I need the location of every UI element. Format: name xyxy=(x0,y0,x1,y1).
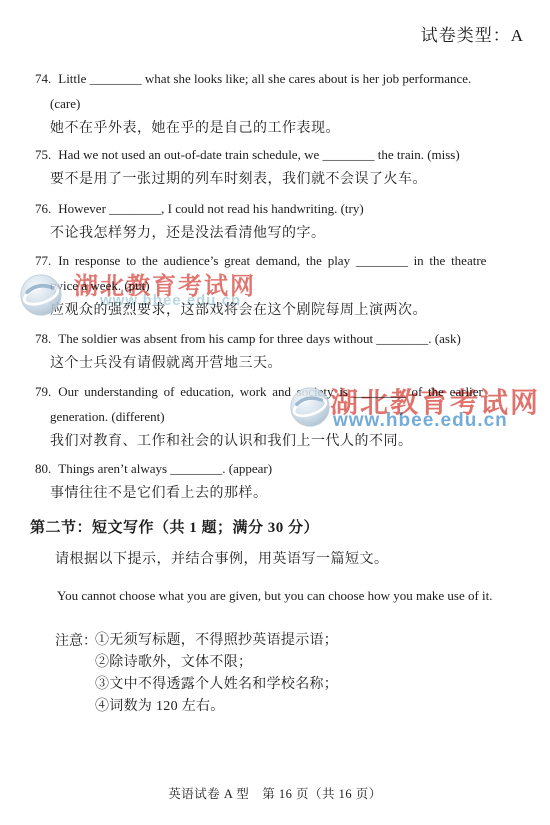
question-79-number: 79. xyxy=(35,379,51,404)
question-77: 77.In response to the audience’s great d… xyxy=(35,248,523,323)
question-79-english-line: 79.Our understanding of education, work … xyxy=(35,379,523,404)
question-80-number: 80. xyxy=(35,456,51,481)
question-78: 78.The soldier was absent from his camp … xyxy=(35,326,523,376)
question-76-chinese: 不论我怎样努力，还是没法看清他写的字。 xyxy=(35,221,523,246)
question-74: 74.Little ________ what she looks like; … xyxy=(35,66,523,141)
note-item-2: ②除诗歌外，文体不限； xyxy=(95,652,338,674)
question-76: 76.However ________, I could not read hi… xyxy=(35,196,523,246)
question-75: 75.Had we not used an out-of-date train … xyxy=(35,142,523,192)
question-78-chinese: 这个士兵没有请假就离开营地三天。 xyxy=(35,351,523,376)
question-75-english-line: 75.Had we not used an out-of-date train … xyxy=(35,142,523,167)
exam-type-label: 试卷类型：A xyxy=(421,21,524,46)
exam-page: 试卷类型：A 74.Little ________ what she looks… xyxy=(0,0,550,825)
question-79-text: Our understanding of education, work and… xyxy=(58,384,483,399)
question-80-english-line: 80.Things aren’t always ________. (appea… xyxy=(35,456,523,481)
question-80-chinese: 事情往往不是它们看上去的那样。 xyxy=(35,481,523,506)
section2-heading: 第二节：短文写作（共 1 题；满分 30 分） xyxy=(30,516,319,537)
page-footer: 英语试卷 A 型 第 16 页（共 16 页） xyxy=(0,784,550,802)
question-74-number: 74. xyxy=(35,66,51,91)
question-78-english-line: 78.The soldier was absent from his camp … xyxy=(35,326,523,351)
question-77-continuation: twice a week. (put) xyxy=(35,273,523,298)
section2-english-prompt: You cannot choose what you are given, bu… xyxy=(57,588,493,604)
question-77-chinese: 应观众的强烈要求，这部戏将会在这个剧院每周上演两次。 xyxy=(35,298,523,323)
question-74-text: Little ________ what she looks like; all… xyxy=(58,71,471,86)
question-75-chinese: 要不是用了一张过期的列车时刻表，我们就不会误了火车。 xyxy=(35,167,523,192)
question-76-number: 76. xyxy=(35,196,51,221)
question-76-text: However ________, I could not read his h… xyxy=(58,201,363,216)
question-77-number: 77. xyxy=(35,248,51,273)
section2-intro: 请根据以下提示，并结合事例，用英语写一篇短文。 xyxy=(55,548,389,568)
question-78-number: 78. xyxy=(35,326,51,351)
question-79-continuation: generation. (different) xyxy=(35,404,523,429)
note-item-3: ③文中不得透露个人姓名和学校名称； xyxy=(95,674,338,696)
question-75-number: 75. xyxy=(35,142,51,167)
question-77-english-line: 77.In response to the audience’s great d… xyxy=(35,248,523,273)
question-79: 79.Our understanding of education, work … xyxy=(35,379,523,454)
question-74-chinese: 她不在乎外表，她在乎的是自己的工作表现。 xyxy=(35,116,523,141)
question-78-text: The soldier was absent from his camp for… xyxy=(58,331,461,346)
question-79-chinese: 我们对教育、工作和社会的认识和我们上一代人的不同。 xyxy=(35,429,523,454)
question-80-text: Things aren’t always ________. (appear) xyxy=(58,461,272,476)
notes-label: 注意： xyxy=(55,630,97,650)
note-item-1: ①无须写标题，不得照抄英语提示语； xyxy=(95,630,338,652)
notes-list: ①无须写标题，不得照抄英语提示语； ②除诗歌外，文体不限； ③文中不得透露个人姓… xyxy=(95,630,338,718)
question-74-english-line: 74.Little ________ what she looks like; … xyxy=(35,66,523,91)
note-item-4: ④词数为 120 左右。 xyxy=(95,696,338,718)
question-77-text: In response to the audience’s great dema… xyxy=(58,253,486,268)
question-75-text: Had we not used an out-of-date train sch… xyxy=(58,147,459,162)
question-74-continuation: (care) xyxy=(35,91,523,116)
question-76-english-line: 76.However ________, I could not read hi… xyxy=(35,196,523,221)
question-80: 80.Things aren’t always ________. (appea… xyxy=(35,456,523,506)
